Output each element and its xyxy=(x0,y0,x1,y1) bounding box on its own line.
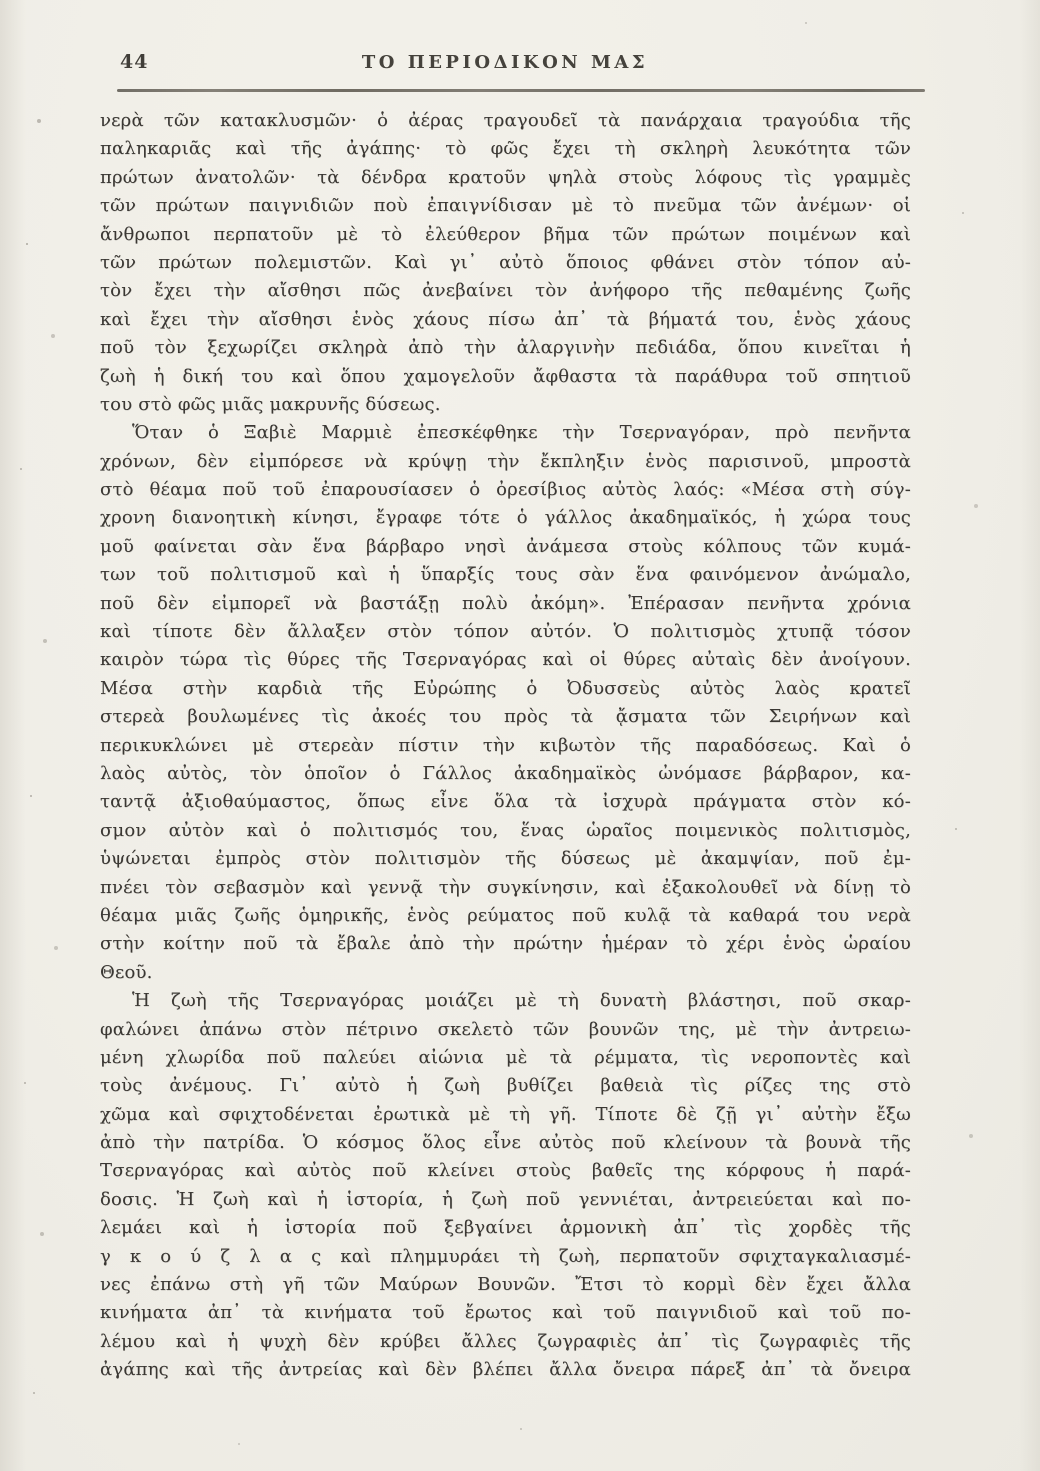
text-line: ὑψώνεται ἐμπρὸς στὸν πολιτισμὸν τῆς δύσε… xyxy=(100,845,911,873)
text-line: καὶ τίποτε δὲν ἄλλαξεν στὸν τόπον αὐτόν.… xyxy=(100,618,911,646)
text-line: λεμάει καὶ ἡ ἱστορία ποῦ ξεβγαίνει ἁρμον… xyxy=(100,1214,911,1242)
paragraph: νερὰ τῶν κατακλυσμῶν· ὁ ἀέρας τραγουδεῖ … xyxy=(100,107,911,419)
text-line: νερὰ τῶν κατακλυσμῶν· ὁ ἀέρας τραγουδεῖ … xyxy=(100,107,911,135)
text-line: ἄνθρωποι περπατοῦν μὲ τὸ ἐλεύθερον βῆμα … xyxy=(100,221,911,249)
text-line: πρώτων ἀνατολῶν· τὰ δένδρα κρατοῦν ψηλὰ … xyxy=(100,164,911,192)
text-line: τοὺς ἀνέμους. Γι᾽ αὐτὸ ἡ ζωὴ βυθίζει βαθ… xyxy=(100,1072,911,1100)
text-line: γ κ ο ύ ζ λ α ς καὶ πλημμυράει τὴ ζωὴ, π… xyxy=(100,1243,911,1271)
text-line: τὸν ἔχει τὴν αἴσθησι πῶς ἀνεβαίνει τὸν ἀ… xyxy=(100,277,911,305)
text-line: κινήματα ἀπ᾽ τὰ κινήματα τοῦ ἔρωτος καὶ … xyxy=(100,1299,911,1327)
text-line: ποῦ δὲν εἰμπορεῖ νὰ βαστάξῃ πολὺ ἀκόμη».… xyxy=(100,590,911,618)
text-line: ζωὴ ἡ δική του καὶ ὅπου χαμογελοῦν ἄφθασ… xyxy=(100,363,911,391)
text-line: παληκαριᾶς καὶ τῆς ἀγάπης· τὸ φῶς ἔχει τ… xyxy=(100,135,911,163)
text-line: λαὸς αὐτὸς, τὸν ὁποῖον ὁ Γάλλος ἀκαδημαϊ… xyxy=(100,760,911,788)
text-line: τῶν πρώτων πολεμιστῶν. Καὶ γι᾽ αὐτὸ ὅποι… xyxy=(100,249,911,277)
text-line: Ὅταν ὁ Ξαβιὲ Μαρμιὲ ἐπεσκέφθηκε τὴν Τσερ… xyxy=(100,419,911,447)
text-line: σμον αὐτὸν καὶ ὁ πολιτισμός του, ἕνας ὡρ… xyxy=(100,817,911,845)
text-line: τῶν πρώτων παιγνιδιῶν ποὺ ἐπαιγνίδισαν μ… xyxy=(100,192,911,220)
text-line: ἀγάπης καὶ τῆς ἀντρείας καὶ δὲν βλέπει ἄ… xyxy=(100,1356,911,1384)
text-line: των τοῦ πολιτισμοῦ καὶ ἡ ὕπαρξίς τους σὰ… xyxy=(100,561,911,589)
text-line: μοῦ φαίνεται σὰν ἕνα βάρβαρο νησὶ ἀνάμεσ… xyxy=(100,533,911,561)
text-line: στὴν κοίτην ποῦ τὰ ἔβαλε ἀπὸ τὴν πρώτην … xyxy=(100,930,911,958)
text-line: καιρὸν τώρα τὶς θύρες τῆς Τσερναγόρας κα… xyxy=(100,646,911,674)
header-rule xyxy=(117,89,925,92)
text-line: χρονη διανοητικὴ κίνησι, ἔγραφε τότε ὁ γ… xyxy=(100,504,911,532)
text-line: στερεὰ βουλωμένες τὶς ἀκοές του πρὸς τὰ … xyxy=(100,703,911,731)
text-line: περικυκλώνει μὲ στερεὰν πίστιν τὴν κιβωτ… xyxy=(100,732,911,760)
text-line: καὶ ἔχει τὴν αἴσθησι ἑνὸς χάους πίσω ἀπ᾽… xyxy=(100,306,911,334)
text-line: Θεοῦ. xyxy=(100,959,911,987)
text-line: λέμου καὶ ἡ ψυχὴ δὲν κρύβει ἄλλες ζωγραφ… xyxy=(100,1328,911,1356)
text-line: Ἡ ζωὴ τῆς Τσερναγόρας μοιάζει μὲ τὴ δυνα… xyxy=(100,987,911,1015)
text-line: στὸ θέαμα ποῦ τοῦ ἐπαρουσίασεν ὁ ὀρεσίβι… xyxy=(100,476,911,504)
text-line: ταντᾷ ἀξιοθαύμαστος, ὅπως εἶνε ὅλα τὰ ἰσ… xyxy=(100,788,911,816)
text-line: φαλώνει ἀπάνω στὸν πέτρινο σκελετὸ τῶν β… xyxy=(100,1016,911,1044)
text-line: νες ἐπάνω στὴ γῆ τῶν Μαύρων Βουνῶν. Ἔτσι… xyxy=(100,1271,911,1299)
text-line: θέαμα μιᾶς ζωῆς ὁμηρικῆς, ἑνὸς ρεύματος … xyxy=(100,902,911,930)
paragraph: Ὅταν ὁ Ξαβιὲ Μαρμιὲ ἐπεσκέφθηκε τὴν Τσερ… xyxy=(100,419,911,987)
text-line: χῶμα καὶ σφιχτοδένεται ἐρωτικὰ μὲ τὴ γῆ.… xyxy=(100,1101,911,1129)
scan-speckles xyxy=(0,0,2,2)
text-line: πνέει τὸν σεβασμὸν καὶ γεννᾷ τὴν συγκίνη… xyxy=(100,874,911,902)
text-line: χρόνων, δὲν εἰμπόρεσε νὰ κρύψῃ τὴν ἔκπλη… xyxy=(100,448,911,476)
text-block: νερὰ τῶν κατακλυσμῶν· ὁ ἀέρας τραγουδεῖ … xyxy=(100,107,911,1385)
scanned-page: 44 ΤΟ ΠΕΡΙΟΔΙΚΟΝ ΜΑΣ νερὰ τῶν κατακλυσμῶ… xyxy=(0,0,1040,1471)
text-line: του στὸ φῶς μιᾶς μακρυνῆς δύσεως. xyxy=(100,391,911,419)
text-line: Μέσα στὴν καρδιὰ τῆς Εὐρώπης ὁ Ὀδυσσεὺς … xyxy=(100,675,911,703)
text-line: ποῦ τὸν ξεχωρίζει σκληρὰ ἀπὸ τὴν ἀλαργιν… xyxy=(100,334,911,362)
paragraph: Ἡ ζωὴ τῆς Τσερναγόρας μοιάζει μὲ τὴ δυνα… xyxy=(100,987,911,1384)
running-title: ΤΟ ΠΕΡΙΟΔΙΚΟΝ ΜΑΣ xyxy=(100,52,910,73)
text-line: δοσις. Ἡ ζωὴ καὶ ἡ ἱστορία, ἡ ζωὴ ποῦ γε… xyxy=(100,1186,911,1214)
text-line: Τσερναγόρας καὶ αὐτὸς ποῦ κλείνει στοὺς … xyxy=(100,1157,911,1185)
text-line: ἀπὸ τὴν πατρίδα. Ὁ κόσμος ὅλος εἶνε αὐτὸ… xyxy=(100,1129,911,1157)
text-line: μένη χλωρίδα ποῦ παλεύει αἰώνια μὲ τὰ ρέ… xyxy=(100,1044,911,1072)
